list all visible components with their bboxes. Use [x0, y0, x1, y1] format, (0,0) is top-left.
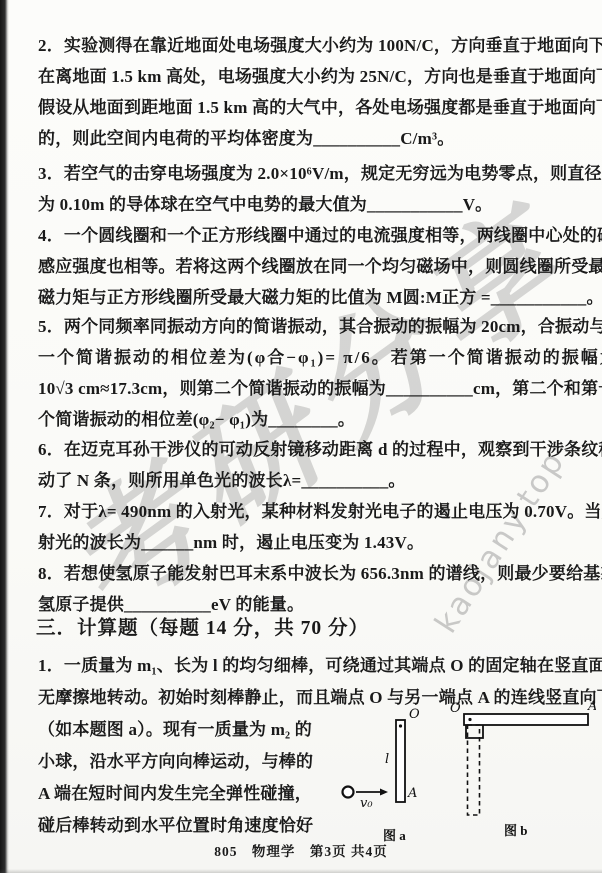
question-3: 3．若空气的击穿电场强度为 2.0×10⁶V/m，规定无穷远为电势零点，则直径 …	[38, 158, 583, 220]
figure-a-label-O: O	[409, 707, 420, 722]
calc-q1-line-1: 1．一质量为 m₁、长为 l 的均匀细棒，可绕通过其端点 O 的固定轴在竖直面内	[38, 650, 583, 682]
text-layer: 2．实验测得在靠近地面处电场强度大小约为 100N/C，方向垂直于地面向下； 在…	[0, 0, 602, 873]
ball-icon	[343, 787, 354, 798]
figure-b-caption: 图 b	[504, 823, 527, 838]
question-5-line-4: 个简谐振动的相位差(φ₂− φ₁)为________。	[38, 404, 583, 435]
question-2: 2．实验测得在靠近地面处电场强度大小约为 100N/C，方向垂直于地面向下； 在…	[38, 30, 583, 154]
figure-a-label-v0: v₀	[360, 796, 373, 811]
figure-b: O A 图 b	[442, 692, 596, 847]
figure-a: O l A v₀ 图 a	[330, 700, 448, 850]
question-4-line-2: 感应强度也相等。若将这两个线圈放在同一个均匀磁场中，则圆线圈所受最大	[38, 251, 583, 282]
question-4-line-1: 4．一个圆线圈和一个正方形线圈中通过的电流强度相等，两线圈中心处的磁	[38, 220, 583, 251]
question-5-line-3: 10√3 cm≈17.3cm，则第二个简谐振动的振幅为__________cm，…	[38, 373, 583, 404]
section-3-heading: 三．计算题（每题 14 分，共 70 分）	[36, 612, 369, 646]
pivot-dot-icon	[468, 718, 471, 721]
figure-area: O l A v₀ 图 a O A 图 b	[330, 692, 596, 850]
question-5-line-1: 5．两个同频率同振动方向的简谐振动，其合振动的振幅为 20cm，合振动与第	[38, 311, 583, 342]
figure-b-label-O: O	[450, 701, 461, 716]
question-2-line-3: 假设从地面到距地面 1.5 km 高的大气中，各处电场强度都是垂直于地面向下	[38, 92, 583, 123]
question-3-line-1: 3．若空气的击穿电场强度为 2.0×10⁶V/m，规定无穷远为电势零点，则直径	[38, 158, 583, 189]
question-8: 8．若想使氢原子能发射巴耳末系中波长为 656.3nm 的谱线，则最少要给基态 …	[38, 558, 583, 620]
question-7-line-2: 射光的波长为______nm 时，遏止电压变为 1.43V。	[38, 527, 583, 558]
figure-a-label-A: A	[407, 786, 417, 801]
question-6: 6．在迈克耳孙干涉仪的可动反射镜移动距离 d 的过程中，观察到干涉条纹移 动了 …	[38, 434, 583, 496]
question-6-line-1: 6．在迈克耳孙干涉仪的可动反射镜移动距离 d 的过程中，观察到干涉条纹移	[38, 434, 583, 465]
question-4-line-3: 磁力矩与正方形线圈所受最大磁力矩的比值为 M圆:M正方 =___________…	[38, 282, 583, 313]
scanned-exam-page: 考研分享 kaojany.top 2．实验测得在靠近地面处电场强度大小约为 10…	[0, 0, 602, 873]
figure-b-label-A: A	[587, 699, 596, 714]
velocity-arrowhead-icon	[380, 789, 388, 796]
figure-a-label-l: l	[385, 752, 389, 767]
question-4: 4．一个圆线圈和一个正方形线圈中通过的电流强度相等，两线圈中心处的磁 感应强度也…	[38, 220, 583, 313]
question-3-line-2: 为 0.10m 的导体球在空气中电势的最大值为___________V。	[38, 189, 583, 220]
angle-bracket-icon	[466, 725, 483, 738]
question-6-line-2: 动了 N 条，则所用单色光的波长λ=__________。	[38, 465, 583, 496]
question-2-line-4: 的，则此空间内电荷的平均体密度为__________C/m³。	[38, 123, 583, 154]
question-7-line-1: 7．对于λ= 490nm 的入射光，某种材料发射光电子的遏止电压为 0.70V。…	[38, 496, 583, 527]
page-footer: 805 物理学 第3页 共4页	[0, 840, 602, 860]
question-8-line-1: 8．若想使氢原子能发射巴耳末系中波长为 656.3nm 的谱线，则最少要给基态	[38, 558, 583, 589]
rod-vertical	[396, 720, 405, 802]
question-5: 5．两个同频率同振动方向的简谐振动，其合振动的振幅为 20cm，合振动与第 一个…	[38, 311, 583, 435]
question-7: 7．对于λ= 490nm 的入射光，某种材料发射光电子的遏止电压为 0.70V。…	[38, 496, 583, 558]
question-2-line-2: 在离地面 1.5 km 高处，电场强度大小约为 25N/C，方向也是垂直于地面向…	[38, 61, 583, 92]
question-5-line-2: 一个简谐振动的相位差为(φ合−φ₁)= π/6。若第一个简谐振动的振幅为	[38, 342, 583, 373]
rod-horizontal	[464, 714, 588, 725]
pivot-dot-icon	[399, 724, 402, 727]
question-2-line-1: 2．实验测得在靠近地面处电场强度大小约为 100N/C，方向垂直于地面向下；	[38, 30, 583, 61]
